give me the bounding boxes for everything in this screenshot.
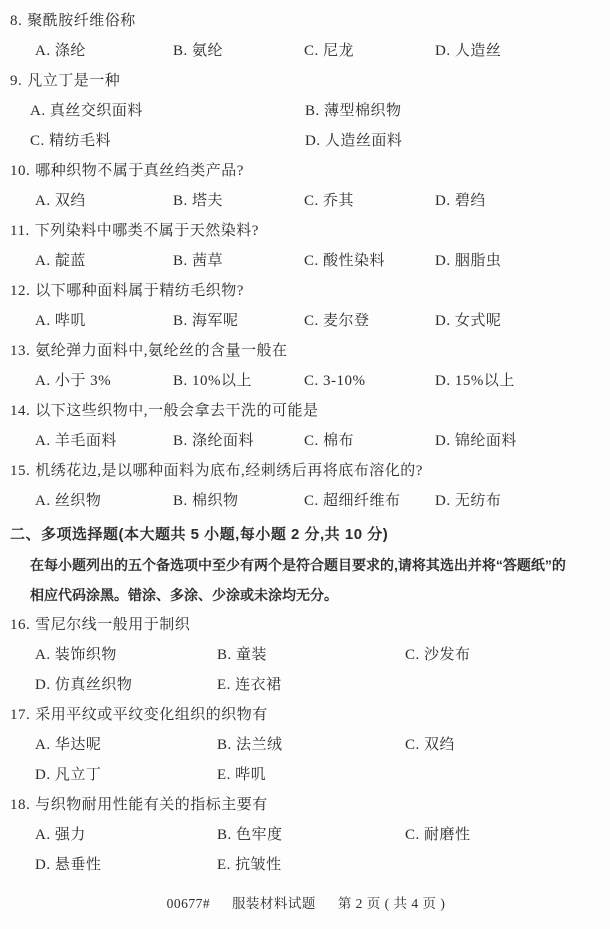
instruction-line: 相应代码涂黑。错涂、多涂、少涂或未涂均无分。 — [10, 580, 602, 610]
options-row: A. 丝织物 B. 棉织物 C. 超细纤维布 D. 无纺布 — [10, 486, 602, 516]
question-10: 10.哪种织物不属于真丝绉类产品? A. 双绉 B. 塔夫 C. 乔其 D. 碧… — [10, 156, 602, 216]
option-b: B. 塔夫 — [173, 186, 304, 216]
question-number: 18. — [10, 797, 30, 813]
question-stem: 15.机绣花边,是以哪种面料为底布,经刺绣后再将底布溶化的? — [10, 456, 602, 486]
option-spacer — [405, 760, 602, 790]
options-row: A. 小于 3% B. 10%以上 C. 3-10% D. 15%以上 — [10, 366, 602, 396]
question-17: 17.采用平纹或平纹变化组织的织物有 A. 华达呢 B. 法兰绒 C. 双绉 D… — [10, 700, 602, 790]
options-row: A. 靛蓝 B. 茜草 C. 酸性染料 D. 胭脂虫 — [10, 246, 602, 276]
option-b: B. 茜草 — [173, 246, 304, 276]
paper-title: 服装材料试题 — [232, 896, 316, 911]
question-stem: 8.聚酰胺纤维俗称 — [10, 6, 602, 36]
option-b: B. 法兰绒 — [217, 730, 405, 760]
option-e: E. 抗皱性 — [217, 850, 405, 880]
option-spacer — [405, 850, 602, 880]
question-stem: 16.雪尼尔线一般用于制织 — [10, 610, 602, 640]
question-text: 氨纶弹力面料中,氨纶丝的含量一般在 — [35, 343, 287, 359]
option-d: D. 15%以上 — [435, 366, 602, 396]
option-spacer — [405, 670, 602, 700]
page-footer: 00677# 服装材料试题 第 2 页 ( 共 4 页 ) — [10, 892, 602, 912]
option-b: B. 海军呢 — [173, 306, 304, 336]
question-stem: 17.采用平纹或平纹变化组织的织物有 — [10, 700, 602, 730]
option-a: A. 真丝交织面料 — [30, 96, 305, 126]
option-a: A. 装饰织物 — [35, 640, 217, 670]
option-c: C. 精纺毛料 — [30, 126, 305, 156]
option-d: D. 人造丝面料 — [305, 126, 602, 156]
question-stem: 14.以下这些织物中,一般会拿去干洗的可能是 — [10, 396, 602, 426]
page-number: 第 2 页 ( 共 4 页 ) — [338, 896, 446, 911]
options-row: C. 精纺毛料 D. 人造丝面料 — [10, 126, 602, 156]
question-14: 14.以下这些织物中,一般会拿去干洗的可能是 A. 羊毛面料 B. 涤纶面料 C… — [10, 396, 602, 456]
option-b: B. 童装 — [217, 640, 405, 670]
option-a: A. 哔叽 — [35, 306, 173, 336]
option-c: C. 尼龙 — [304, 36, 435, 66]
option-a: A. 靛蓝 — [35, 246, 173, 276]
question-stem: 13.氨纶弹力面料中,氨纶丝的含量一般在 — [10, 336, 602, 366]
exam-page: 8.聚酰胺纤维俗称 A. 涤纶 B. 氨纶 C. 尼龙 D. 人造丝 9.凡立丁… — [0, 0, 610, 912]
option-d: D. 悬垂性 — [35, 850, 217, 880]
option-d: D. 凡立丁 — [35, 760, 217, 790]
question-15: 15.机绣花边,是以哪种面料为底布,经刺绣后再将底布溶化的? A. 丝织物 B.… — [10, 456, 602, 516]
question-stem: 10.哪种织物不属于真丝绉类产品? — [10, 156, 602, 186]
option-d: D. 女式呢 — [435, 306, 602, 336]
question-11: 11.下列染料中哪类不属于天然染料? A. 靛蓝 B. 茜草 C. 酸性染料 D… — [10, 216, 602, 276]
question-number: 15. — [10, 463, 30, 479]
option-a: A. 小于 3% — [35, 366, 173, 396]
option-d: D. 碧绉 — [435, 186, 602, 216]
question-text: 以下这些织物中,一般会拿去干洗的可能是 — [35, 403, 318, 419]
option-a: A. 华达呢 — [35, 730, 217, 760]
question-text: 凡立丁是一种 — [27, 73, 120, 89]
question-text: 下列染料中哪类不属于天然染料? — [35, 223, 259, 239]
option-d: D. 仿真丝织物 — [35, 670, 217, 700]
option-c: C. 麦尔登 — [304, 306, 435, 336]
question-12: 12.以下哪种面料属于精纺毛织物? A. 哔叽 B. 海军呢 C. 麦尔登 D.… — [10, 276, 602, 336]
option-c: C. 酸性染料 — [304, 246, 435, 276]
option-d: D. 无纺布 — [435, 486, 602, 516]
question-number: 17. — [10, 707, 30, 723]
options-row: A. 装饰织物 B. 童装 C. 沙发布 — [10, 640, 602, 670]
question-number: 11. — [10, 223, 30, 239]
options-row: A. 华达呢 B. 法兰绒 C. 双绉 — [10, 730, 602, 760]
question-stem: 11.下列染料中哪类不属于天然染料? — [10, 216, 602, 246]
option-b: B. 涤纶面料 — [173, 426, 304, 456]
question-number: 16. — [10, 617, 30, 633]
question-stem: 12.以下哪种面料属于精纺毛织物? — [10, 276, 602, 306]
question-stem: 18.与织物耐用性能有关的指标主要有 — [10, 790, 602, 820]
options-row: A. 涤纶 B. 氨纶 C. 尼龙 D. 人造丝 — [10, 36, 602, 66]
options-row: A. 双绉 B. 塔夫 C. 乔其 D. 碧绉 — [10, 186, 602, 216]
question-number: 13. — [10, 343, 30, 359]
options-row: D. 仿真丝织物 E. 连衣裙 — [10, 670, 602, 700]
option-c: C. 3-10% — [304, 366, 435, 396]
option-b: B. 10%以上 — [173, 366, 304, 396]
option-a: A. 双绉 — [35, 186, 173, 216]
option-c: C. 沙发布 — [405, 640, 602, 670]
question-text: 哪种织物不属于真丝绉类产品? — [35, 163, 244, 179]
question-text: 采用平纹或平纹变化组织的织物有 — [35, 707, 268, 723]
option-c: C. 棉布 — [304, 426, 435, 456]
question-9: 9.凡立丁是一种 A. 真丝交织面料 B. 薄型棉织物 C. 精纺毛料 D. 人… — [10, 66, 602, 156]
option-d: D. 锦纶面料 — [435, 426, 602, 456]
option-a: A. 涤纶 — [35, 36, 173, 66]
section-heading: 二、多项选择题(本大题共 5 小题,每小题 2 分,共 10 分) — [10, 520, 602, 550]
question-number: 10. — [10, 163, 30, 179]
question-8: 8.聚酰胺纤维俗称 A. 涤纶 B. 氨纶 C. 尼龙 D. 人造丝 — [10, 6, 602, 66]
question-text: 机绣花边,是以哪种面料为底布,经刺绣后再将底布溶化的? — [35, 463, 423, 479]
question-18: 18.与织物耐用性能有关的指标主要有 A. 强力 B. 色牢度 C. 耐磨性 D… — [10, 790, 602, 880]
option-d: D. 胭脂虫 — [435, 246, 602, 276]
option-c: C. 乔其 — [304, 186, 435, 216]
option-d: D. 人造丝 — [435, 36, 602, 66]
question-16: 16.雪尼尔线一般用于制织 A. 装饰织物 B. 童装 C. 沙发布 D. 仿真… — [10, 610, 602, 700]
option-b: B. 棉织物 — [173, 486, 304, 516]
option-c: C. 耐磨性 — [405, 820, 602, 850]
options-row: D. 凡立丁 E. 哔叽 — [10, 760, 602, 790]
paper-code: 00677# — [167, 896, 211, 911]
options-row: D. 悬垂性 E. 抗皱性 — [10, 850, 602, 880]
option-a: A. 羊毛面料 — [35, 426, 173, 456]
question-text: 以下哪种面料属于精纺毛织物? — [35, 283, 244, 299]
option-e: E. 哔叽 — [217, 760, 405, 790]
option-c: C. 超细纤维布 — [304, 486, 435, 516]
option-b: B. 薄型棉织物 — [305, 96, 602, 126]
question-text: 与织物耐用性能有关的指标主要有 — [35, 797, 268, 813]
option-b: B. 氨纶 — [173, 36, 304, 66]
question-number: 9. — [10, 73, 22, 89]
options-row: A. 哔叽 B. 海军呢 C. 麦尔登 D. 女式呢 — [10, 306, 602, 336]
question-number: 12. — [10, 283, 30, 299]
option-a: A. 丝织物 — [35, 486, 173, 516]
question-number: 8. — [10, 13, 22, 29]
options-row: A. 羊毛面料 B. 涤纶面料 C. 棉布 D. 锦纶面料 — [10, 426, 602, 456]
question-number: 14. — [10, 403, 30, 419]
instruction-line: 在每小题列出的五个备选项中至少有两个是符合题目要求的,请将其选出并将“答题纸”的 — [10, 550, 602, 580]
option-e: E. 连衣裙 — [217, 670, 405, 700]
option-c: C. 双绉 — [405, 730, 602, 760]
question-text: 雪尼尔线一般用于制织 — [35, 617, 190, 633]
question-stem: 9.凡立丁是一种 — [10, 66, 602, 96]
options-row: A. 强力 B. 色牢度 C. 耐磨性 — [10, 820, 602, 850]
option-b: B. 色牢度 — [217, 820, 405, 850]
options-row: A. 真丝交织面料 B. 薄型棉织物 — [10, 96, 602, 126]
option-a: A. 强力 — [35, 820, 217, 850]
question-13: 13.氨纶弹力面料中,氨纶丝的含量一般在 A. 小于 3% B. 10%以上 C… — [10, 336, 602, 396]
question-text: 聚酰胺纤维俗称 — [27, 13, 136, 29]
